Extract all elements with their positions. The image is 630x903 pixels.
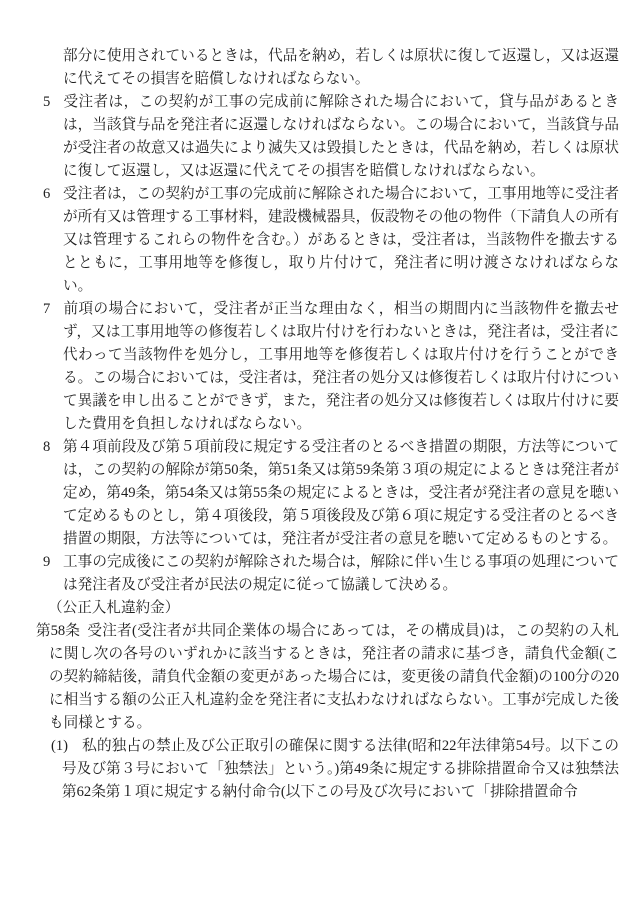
clause-number: 5	[43, 91, 63, 114]
subitem-text: 私的独占の禁止及び公正取引の確保に関する法律(昭和22年法律第54号。以下この号…	[62, 738, 619, 800]
clause-text: 受注者は，この契約が工事の完成前に解除された場合において，貸与品があるときは，当…	[63, 94, 619, 179]
subitem-number: (1)	[51, 735, 82, 758]
clause-number: 8	[43, 436, 63, 459]
article-number: 第58条	[36, 620, 87, 643]
clause-text: 工事の完成後にこの契約が解除された場合は，解除に伴い生じる事項の処理については発…	[63, 554, 619, 593]
clause-5: 5受注者は，この契約が工事の完成前に解除された場合において，貸与品があるときは，…	[63, 91, 619, 183]
clause-number: 7	[43, 298, 63, 321]
document-page: 部分に使用されているときは，代品を納め，若しくは原状に復して返還し，又は返還に代…	[0, 0, 630, 903]
section-heading-text: （公正入札違約金）	[48, 600, 179, 616]
paragraph-continuation: 部分に使用されているときは，代品を納め，若しくは原状に復して返還し，又は返還に代…	[63, 45, 619, 91]
clause-6: 6受注者は，この契約が工事の完成前に解除された場合において，工事用地等に受注者が…	[63, 183, 619, 298]
clause-text: 第４項前段及び第５項前段に規定する受注者のとるべき措置の期限，方法等については，…	[63, 439, 619, 547]
section-heading: （公正入札違約金）	[48, 597, 608, 620]
clause-number: 9	[43, 551, 63, 574]
subitem-1: (1)私的独占の禁止及び公正取引の確保に関する法律(昭和22年法律第54号。以下…	[62, 735, 619, 804]
article-text: 受注者(受注者が共同企業体の場合にあっては，その構成員)は，この契約の入札に関し…	[49, 623, 619, 731]
clause-text: 前項の場合において，受注者が正当な理由なく，相当の期間内に当該物件を撤去せず，又…	[63, 301, 619, 432]
article-58: 第58条受注者(受注者が共同企業体の場合にあっては，その構成員)は，この契約の入…	[49, 620, 619, 735]
clause-9: 9工事の完成後にこの契約が解除された場合は，解除に伴い生じる事項の処理については…	[63, 551, 619, 597]
clause-7: 7前項の場合において，受注者が正当な理由なく，相当の期間内に当該物件を撤去せず，…	[63, 298, 619, 436]
clause-8: 8第４項前段及び第５項前段に規定する受注者のとるべき措置の期限，方法等については…	[63, 436, 619, 551]
clause-text: 受注者は，この契約が工事の完成前に解除された場合において，工事用地等に受注者が所…	[63, 186, 619, 294]
clause-number: 6	[43, 183, 63, 206]
paragraph-text: 部分に使用されているときは，代品を納め，若しくは原状に復して返還し，又は返還に代…	[63, 48, 619, 87]
